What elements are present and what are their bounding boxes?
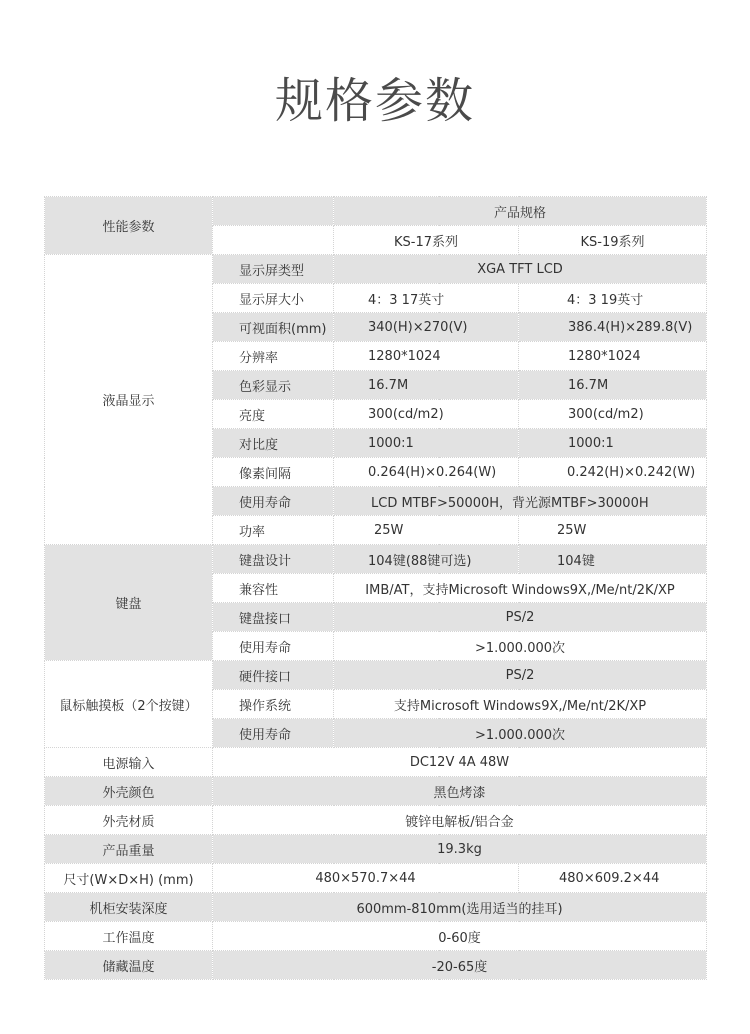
table-row: 外壳材质 镀锌电解板/铝合金 <box>45 806 707 835</box>
row-label: 工作温度 <box>45 922 213 951</box>
row-label: 使用寿命 <box>213 632 334 661</box>
table-row: 外壳颜色 黑色烤漆 <box>45 777 707 806</box>
value-ks19: 4：3 19英寸 <box>519 284 707 313</box>
table-row: 储藏温度 -20-65度 <box>45 951 707 980</box>
row-value: XGA TFT LCD <box>334 255 707 284</box>
value-ks17: 16.7M <box>334 371 519 400</box>
value-ks19: 386.4(H)×289.8(V) <box>519 313 707 342</box>
row-value: PS/2 <box>334 603 707 632</box>
value-ks17: 0.264(H)×0.264(W) <box>334 458 519 487</box>
row-label: 储藏温度 <box>45 951 213 980</box>
table-row: 电源输入 DC12V 4A 48W <box>45 748 707 777</box>
row-label: 可视面积(mm) <box>213 313 334 342</box>
value-ks17: 1280*1024 <box>334 342 519 371</box>
table-row: 产品重量 19.3kg <box>45 835 707 864</box>
spec-header: 产品规格 <box>334 197 707 226</box>
value-ks19: 16.7M <box>519 371 707 400</box>
row-label: 显示屏类型 <box>213 255 334 284</box>
row-label: 硬件接口 <box>213 661 334 690</box>
row-value: >1.000.000次 <box>334 719 707 748</box>
value-ks19: 104键 <box>519 545 707 574</box>
header-row: 性能参数 产品规格 <box>45 197 707 226</box>
row-label: 使用寿命 <box>213 719 334 748</box>
page-title: 规格参数 <box>0 62 750 131</box>
value-ks19: 300(cd/m2) <box>519 400 707 429</box>
row-value: 黑色烤漆 <box>213 777 707 806</box>
table-row: 鼠标触摸板（2个按键） 硬件接口 PS/2 <box>45 661 707 690</box>
row-value: DC12V 4A 48W <box>213 748 707 777</box>
value-ks17: 300(cd/m2) <box>334 400 519 429</box>
group-keyboard: 键盘 <box>45 545 213 661</box>
row-label: 机柜安装深度 <box>45 893 213 922</box>
row-label: 外壳材质 <box>45 806 213 835</box>
value-ks19: 1280*1024 <box>519 342 707 371</box>
row-label: 操作系统 <box>213 690 334 719</box>
value-ks17: 104键(88键可选) <box>334 545 519 574</box>
row-value: >1.000.000次 <box>334 632 707 661</box>
row-value: 镀锌电解板/铝合金 <box>213 806 707 835</box>
row-value: 19.3kg <box>213 835 707 864</box>
row-label: 尺寸(W×D×H) (mm) <box>45 864 213 893</box>
group-mouse: 鼠标触摸板（2个按键） <box>45 661 213 748</box>
row-value: LCD MTBF>50000H，背光源MTBF>30000H <box>334 487 707 516</box>
param-header: 性能参数 <box>45 197 213 255</box>
spec-table: 性能参数 产品规格 KS-17系列 KS-19系列 液晶显示 显示屏类型 XGA… <box>44 196 707 980</box>
value-ks17: 1000:1 <box>334 429 519 458</box>
row-label: 键盘接口 <box>213 603 334 632</box>
row-label: 兼容性 <box>213 574 334 603</box>
row-label: 对比度 <box>213 429 334 458</box>
value-ks17: 480×570.7×44 <box>213 864 519 893</box>
value-ks19: 1000:1 <box>519 429 707 458</box>
row-label: 外壳颜色 <box>45 777 213 806</box>
row-label: 键盘设计 <box>213 545 334 574</box>
table-row: 液晶显示 显示屏类型 XGA TFT LCD <box>45 255 707 284</box>
value-ks19: 0.242(H)×0.242(W) <box>519 458 707 487</box>
row-label: 色彩显示 <box>213 371 334 400</box>
row-value: 支持Microsoft Windows9X,/Me/nt/2K/XP <box>334 690 707 719</box>
value-ks17: 25W <box>334 516 519 545</box>
row-label: 分辨率 <box>213 342 334 371</box>
table-row: 机柜安装深度 600mm-810mm(选用适当的挂耳) <box>45 893 707 922</box>
row-label: 电源输入 <box>45 748 213 777</box>
row-label: 功率 <box>213 516 334 545</box>
row-label: 像素间隔 <box>213 458 334 487</box>
row-label: 显示屏大小 <box>213 284 334 313</box>
model-ks19: KS-19系列 <box>519 226 707 255</box>
row-value: 600mm-810mm(选用适当的挂耳) <box>213 893 707 922</box>
header-blank <box>213 197 334 226</box>
table-row: 工作温度 0-60度 <box>45 922 707 951</box>
row-label: 产品重量 <box>45 835 213 864</box>
row-value: PS/2 <box>334 661 707 690</box>
table-row: 尺寸(W×D×H) (mm) 480×570.7×44 480×609.2×44 <box>45 864 707 893</box>
row-label: 使用寿命 <box>213 487 334 516</box>
row-label: 亮度 <box>213 400 334 429</box>
row-value: -20-65度 <box>213 951 707 980</box>
row-value: 0-60度 <box>213 922 707 951</box>
header-blank <box>213 226 334 255</box>
value-ks19: 25W <box>519 516 707 545</box>
table-row: 键盘 键盘设计 104键(88键可选) 104键 <box>45 545 707 574</box>
model-ks17: KS-17系列 <box>334 226 519 255</box>
value-ks19: 480×609.2×44 <box>519 864 707 893</box>
group-lcd: 液晶显示 <box>45 255 213 545</box>
value-ks17: 4：3 17英寸 <box>334 284 519 313</box>
row-value: IMB/AT，支持Microsoft Windows9X,/Me/nt/2K/X… <box>334 574 707 603</box>
value-ks17: 340(H)×270(V) <box>334 313 519 342</box>
